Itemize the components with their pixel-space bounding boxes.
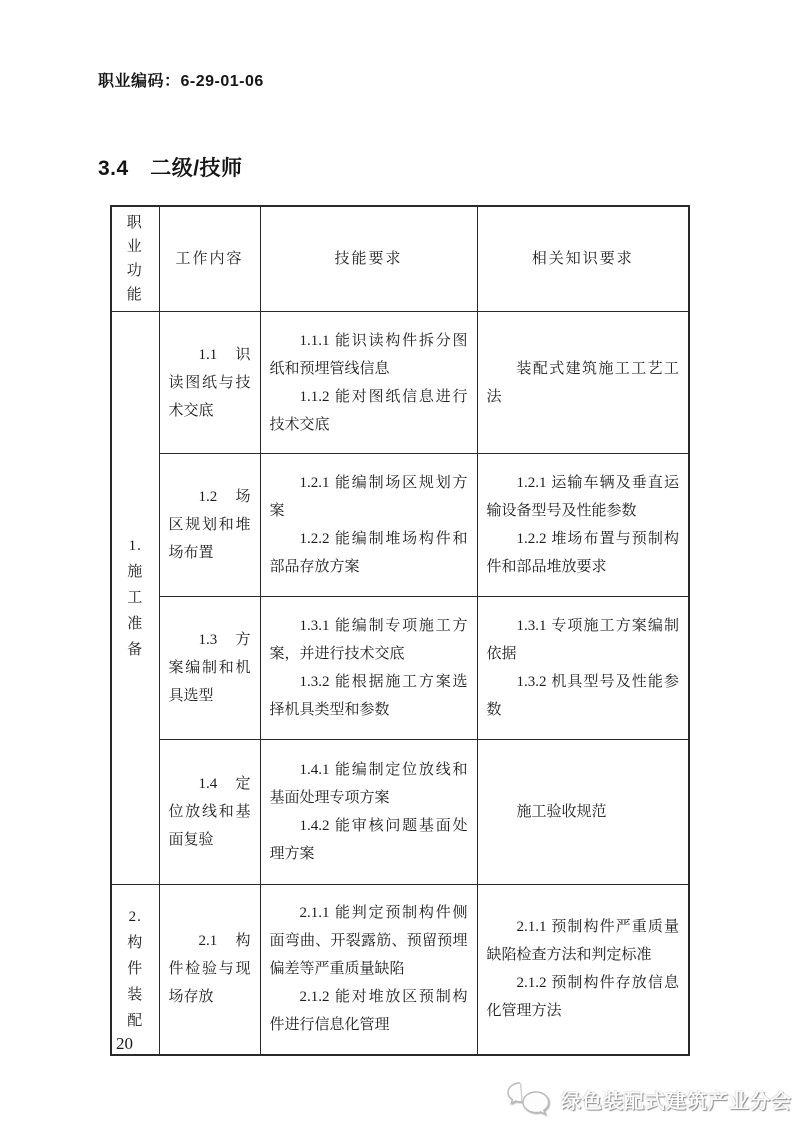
work-text: 1.4 定位放线和基面复验 xyxy=(169,770,251,854)
table-row: 1.2 场区规划和堆场布置 1.2.1 能编制场区规划方案 1.2.2 能编制堆… xyxy=(111,454,689,597)
skill-cell: 1.4.1 能编制定位放线和基面处理专项方案 1.4.2 能审核问题基面处理方案 xyxy=(260,740,477,885)
header-function: 职业 功能 xyxy=(111,206,159,312)
table-row: 1.4 定位放线和基面复验 1.4.1 能编制定位放线和基面处理专项方案 1.4… xyxy=(111,740,689,885)
skill-item: 1.4.1 能编制定位放线和基面处理专项方案 xyxy=(270,756,468,812)
knowledge-item: 2.1.2 预制构件存放信息化管理方法 xyxy=(487,969,680,1025)
work-text: 1.3 方案编制和机具选型 xyxy=(169,626,251,710)
standard-table: 职业 功能 工作内容 技能要求 相关知识要求 1. 施 工 准 备 1.1 识读… xyxy=(110,205,690,1056)
table-header-row: 职业 功能 工作内容 技能要求 相关知识要求 xyxy=(111,206,689,312)
knowledge-cell: 1.3.1 专项施工方案编制依据 1.3.2 机具型号及性能参数 xyxy=(477,597,689,740)
occupation-code: 职业编码：6-29-01-06 xyxy=(98,68,264,91)
work-text: 2.1 构件检验与现场存放 xyxy=(169,927,251,1011)
watermark: 绿色装配式建筑产业分会 xyxy=(506,1080,792,1118)
skill-item: 1.4.2 能审核问题基面处理方案 xyxy=(270,812,468,868)
work-cell: 1.3 方案编制和机具选型 xyxy=(159,597,260,740)
header-skill: 技能要求 xyxy=(260,206,477,312)
knowledge-item: 1.2.1 运输车辆及垂直运输设备型号及性能参数 xyxy=(487,469,680,525)
table-row: 1.3 方案编制和机具选型 1.3.1 能编制专项施工方案，并进行技术交底 1.… xyxy=(111,597,689,740)
table-row: 1. 施 工 准 备 1.1 识读图纸与技术交底 1.1.1 能识读构件拆分图纸… xyxy=(111,312,689,454)
work-text: 1.1 识读图纸与技术交底 xyxy=(169,341,251,425)
document-page: 职业编码：6-29-01-06 3.4 二级/技师 职业 功能 工作内容 技能要… xyxy=(0,0,808,1134)
skill-cell: 1.3.1 能编制专项施工方案，并进行技术交底 1.3.2 能根据施工方案选择机… xyxy=(260,597,477,740)
work-cell: 1.4 定位放线和基面复验 xyxy=(159,740,260,885)
work-text: 1.2 场区规划和堆场布置 xyxy=(169,483,251,567)
skill-item: 1.3.2 能根据施工方案选择机具类型和参数 xyxy=(270,668,468,724)
work-cell: 2.1 构件检验与现场存放 xyxy=(159,885,260,1055)
table-row: 2. 构 件 装 配 2.1 构件检验与现场存放 2.1.1 能判定预制构件侧面… xyxy=(111,885,689,1055)
skill-item: 2.1.1 能判定预制构件侧面弯曲、开裂露筋、预留预埋偏差等严重质量缺陷 xyxy=(270,899,468,983)
watermark-text: 绿色装配式建筑产业分会 xyxy=(561,1085,792,1114)
skill-cell: 2.1.1 能判定预制构件侧面弯曲、开裂露筋、预留预埋偏差等严重质量缺陷 2.1… xyxy=(260,885,477,1055)
skill-item: 1.2.1 能编制场区规划方案 xyxy=(270,469,468,525)
knowledge-cell: 施工验收规范 xyxy=(477,740,689,885)
knowledge-item: 施工验收规范 xyxy=(487,798,680,826)
knowledge-item: 1.2.2 堆场布置与预制构件和部品堆放要求 xyxy=(487,525,680,581)
knowledge-item: 1.3.1 专项施工方案编制依据 xyxy=(487,612,680,668)
skill-item: 1.2.2 能编制堆场构件和部品存放方案 xyxy=(270,525,468,581)
function-cell-2: 2. 构 件 装 配 xyxy=(111,885,159,1055)
skill-item: 1.3.1 能编制专项施工方案，并进行技术交底 xyxy=(270,612,468,668)
work-cell: 1.2 场区规划和堆场布置 xyxy=(159,454,260,597)
knowledge-cell: 2.1.1 预制构件严重质量缺陷检查方法和判定标准 2.1.2 预制构件存放信息… xyxy=(477,885,689,1055)
skill-item: 1.1.1 能识读构件拆分图纸和预埋管线信息 xyxy=(270,327,468,383)
page-number: 20 xyxy=(116,1034,133,1054)
skill-item: 2.1.2 能对堆放区预制构件进行信息化管理 xyxy=(270,983,468,1039)
knowledge-cell: 1.2.1 运输车辆及垂直运输设备型号及性能参数 1.2.2 堆场布置与预制构件… xyxy=(477,454,689,597)
header-work: 工作内容 xyxy=(159,206,260,312)
skill-cell: 1.2.1 能编制场区规划方案 1.2.2 能编制堆场构件和部品存放方案 xyxy=(260,454,477,597)
skill-item: 1.1.2 能对图纸信息进行技术交底 xyxy=(270,383,468,439)
knowledge-item: 装配式建筑施工工艺工法 xyxy=(487,355,680,411)
skill-cell: 1.1.1 能识读构件拆分图纸和预埋管线信息 1.1.2 能对图纸信息进行技术交… xyxy=(260,312,477,454)
header-knowledge: 相关知识要求 xyxy=(477,206,689,312)
work-cell: 1.1 识读图纸与技术交底 xyxy=(159,312,260,454)
wechat-logo-icon xyxy=(506,1080,552,1118)
section-heading: 3.4 二级/技师 xyxy=(98,152,243,182)
knowledge-cell: 装配式建筑施工工艺工法 xyxy=(477,312,689,454)
knowledge-item: 1.3.2 机具型号及性能参数 xyxy=(487,668,680,724)
function-cell-1: 1. 施 工 准 备 xyxy=(111,312,159,885)
knowledge-item: 2.1.1 预制构件严重质量缺陷检查方法和判定标准 xyxy=(487,913,680,969)
